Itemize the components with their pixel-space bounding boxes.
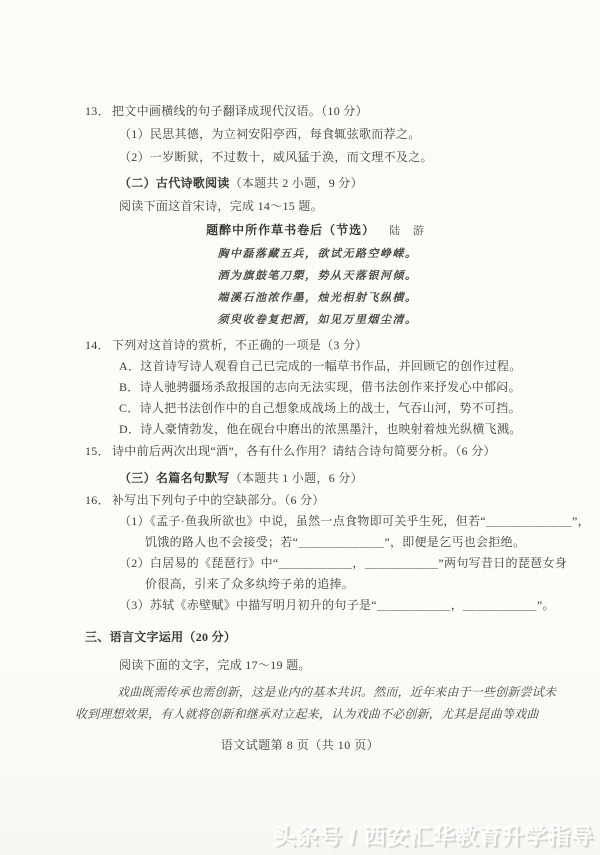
poem-title-line: 题醉中所作草书卷后（节选）陆 游	[85, 219, 550, 243]
q14-option-d: D．诗人豪情勃发，他在砚台中磨出的浓黑墨汁，也映射着烛光纵横飞溅。	[85, 419, 550, 440]
page-footer: 语文试题第 8 页（共 10 页）	[0, 736, 600, 753]
poem-line-1: 胸中磊落藏五兵，欲试无路空峥嵘。	[85, 243, 550, 265]
question-13-text: 把文中画横线的句子翻译成现代汉语。（10 分）	[112, 104, 368, 118]
question-15-number: 15．	[85, 440, 112, 462]
question-14-number: 14．	[85, 334, 112, 356]
exam-content: 13．把文中画横线的句子翻译成现代汉语。（10 分） （1）民思其德，为立祠安阳…	[85, 100, 550, 725]
paragraph-line-2: 收到理想效果，有人就将创新和继承对立起来，认为戏曲不必创新，尤其是昆曲等戏曲	[75, 703, 564, 725]
question-14: 14．下列对这首诗的赏析，不正确的一项是（3 分）	[85, 334, 550, 356]
q16-item2-line1: （2）白居易的《琵琶行》中“＿＿＿＿＿＿，＿＿＿＿＿＿”两句写昔日的琵琶女身	[85, 553, 550, 574]
poem-author: 陆 游	[389, 225, 429, 237]
q14-option-a: A．这首诗写诗人观看自己已完成的一幅草书作品，并回顾它的创作过程。	[85, 356, 550, 377]
reading-paragraph: 戏曲既需传承也需创新，这是业内的基本共识。然而，近年来由于一些创新尝试未 收到理…	[75, 681, 564, 725]
q14-option-b: B．诗人驰骋疆场杀敌报国的志向无法实现，借书法创作来抒发心中郁闷。	[85, 377, 550, 398]
question-16-text: 补写出下列句子中的空缺部分。（6 分）	[112, 493, 325, 507]
question-16-number: 16．	[85, 489, 112, 511]
paragraph-line-1: 戏曲既需传承也需创新，这是业内的基本共识。然而，近年来由于一些创新尝试未	[75, 681, 564, 703]
q16-item2-line2: 价很高，引来了众多纨绔子弟的追捧。	[85, 574, 550, 595]
section-heading-dictation: （三）名篇名句默写（本题共 1 小题，6 分）	[85, 467, 550, 489]
section-heading-language: 三、语言文字运用（20 分）	[85, 626, 550, 649]
q16-item1-line1: （1）《孟子·鱼我所欲也》中说，虽然一点食物即可关乎生死，但若“＿＿＿＿＿＿＿”…	[85, 511, 550, 532]
poem-body: 胸中磊落藏五兵，欲试无路空峥嵘。 酒为旗鼓笔刀槊，势从天落银河倾。 端溪石池浓作…	[85, 243, 550, 331]
poem-line-3: 端溪石池浓作墨，烛光相射飞纵横。	[85, 287, 550, 309]
section-dictation-title: （三）名篇名句默写	[119, 471, 230, 485]
q13-sentence-1: （1）民思其德，为立祠安阳亭西，每食辄弦歌而荐之。	[85, 123, 550, 146]
section-heading-poetry: （二）古代诗歌阅读（本题共 2 小题，9 分）	[85, 172, 550, 195]
section-poetry-points: （本题共 2 小题，9 分）	[230, 176, 363, 190]
question-16: 16．补写出下列句子中的空缺部分。（6 分）	[85, 489, 550, 511]
question-13: 13．把文中画横线的句子翻译成现代汉语。（10 分）	[85, 100, 550, 123]
q14-option-c: C．诗人把书法创作中的自己想象成战场上的战士，气吞山河，势不可挡。	[85, 398, 550, 419]
poem-line-2: 酒为旗鼓笔刀槊，势从天落银河倾。	[85, 265, 550, 287]
poem-title: 题醉中所作草书卷后（节选）	[206, 223, 375, 237]
watermark-toutiao: 头条号 / 西安汇华教育升学指导	[274, 820, 594, 851]
question-15: 15．诗中前后两次出现“酒”，各有什么作用？请结合诗句简要分析。（6 分）	[85, 440, 550, 462]
poem-line-4: 须臾收卷复把酒，如见万里烟尘清。	[85, 309, 550, 331]
poetry-intro: 阅读下面这首宋诗，完成 14～15 题。	[85, 195, 550, 217]
question-14-text: 下列对这首诗的赏析，不正确的一项是（3 分）	[112, 338, 368, 352]
q16-item1-line2: 饥饿的路人也不会接受；若“＿＿＿＿＿＿＿”，即便是乞丐也会拒绝。	[85, 532, 550, 553]
section-dictation-points: （本题共 1 小题，6 分）	[230, 471, 363, 485]
q16-item3-line1: （3）苏轼《赤壁赋》中描写明月初升的句子是“＿＿＿＿＿＿，＿＿＿＿＿＿”。	[85, 595, 550, 616]
q13-sentence-2: （2）一岁断狱，不过数十，威风猛于涣，而文理不及之。	[85, 146, 550, 169]
exam-page-scan: 13．把文中画横线的句子翻译成现代汉语。（10 分） （1）民思其德，为立祠安阳…	[0, 0, 600, 855]
section-poetry-title: （二）古代诗歌阅读	[119, 176, 230, 190]
question-15-text: 诗中前后两次出现“酒”，各有什么作用？请结合诗句简要分析。（6 分）	[112, 444, 496, 458]
question-13-number: 13．	[85, 100, 112, 123]
language-intro: 阅读下面的文字，完成 17～19 题。	[85, 654, 550, 676]
